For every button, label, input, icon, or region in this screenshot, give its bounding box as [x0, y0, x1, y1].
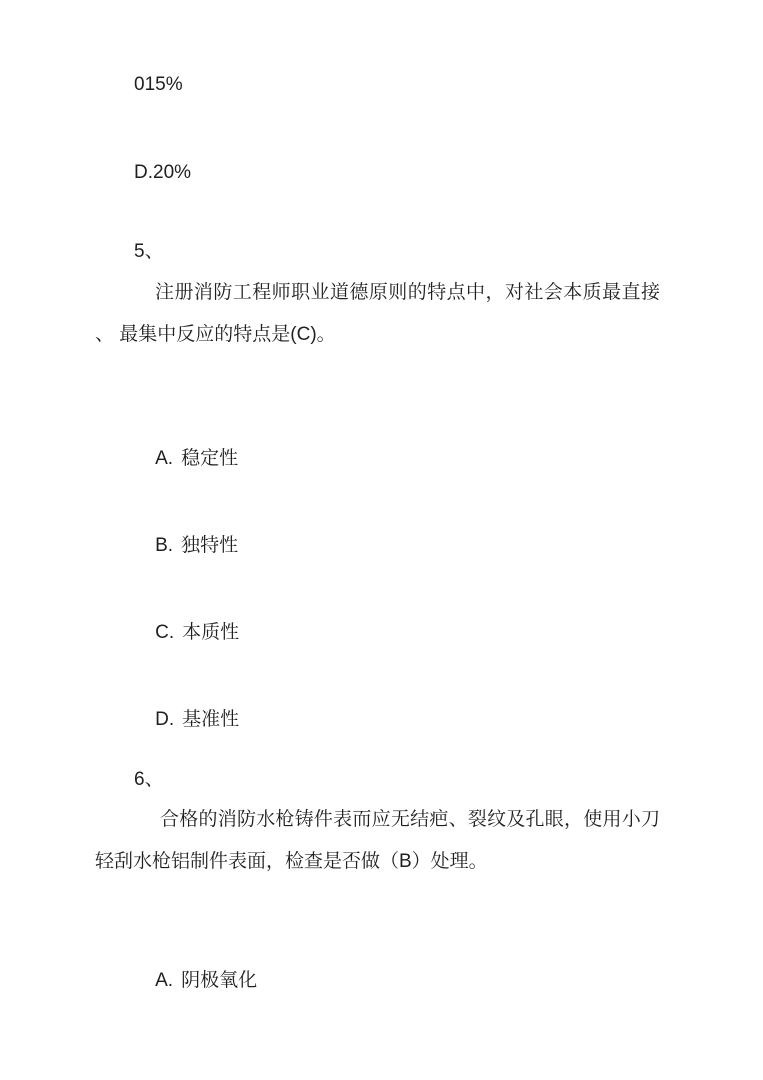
- option-label: C.: [155, 619, 174, 647]
- question-5-body-line2: 、 最集中反应的特点是(C)。: [95, 321, 336, 349]
- option-text: 独特性: [181, 535, 238, 556]
- question-6-body-line2: 轻刮水枪铝制件表面，检查是否做（B）处理。: [95, 848, 488, 876]
- question-5-option-b: B.独特性: [134, 504, 238, 588]
- option-text: 本质性: [182, 622, 239, 643]
- question-5-option-a: A.稳定性: [134, 417, 238, 501]
- option-label: A.: [155, 967, 173, 995]
- question-6-body-line1: 合格的消防水枪铸件表而应无结疤、裂纹及孔眼，使用小刀: [160, 806, 660, 834]
- option-text: 阴极氧化: [181, 970, 257, 991]
- prev-question-option-d: D.20%: [134, 159, 191, 187]
- prev-question-option-c: 015%: [134, 71, 183, 99]
- question-5-option-c: C.本质性: [134, 591, 239, 675]
- question-5-option-d: D.基准性: [134, 678, 239, 762]
- question-6-number: 6、: [134, 766, 164, 794]
- document-page: 015% D.20% 5、 注册消防工程师职业道德原则的特点中，对社会本质最直接…: [0, 0, 763, 1080]
- question-5-body-line1: 注册消防工程师职业道德原则的特点中，对社会本质最直接: [155, 279, 660, 307]
- option-label: A.: [155, 445, 173, 473]
- option-label: D.: [155, 706, 174, 734]
- option-label: B.: [155, 532, 173, 560]
- option-text: 基准性: [182, 709, 239, 730]
- question-6-option-a: A.阴极氧化: [134, 939, 257, 1023]
- question-5-number: 5、: [134, 238, 164, 266]
- option-text: 稳定性: [181, 448, 238, 469]
